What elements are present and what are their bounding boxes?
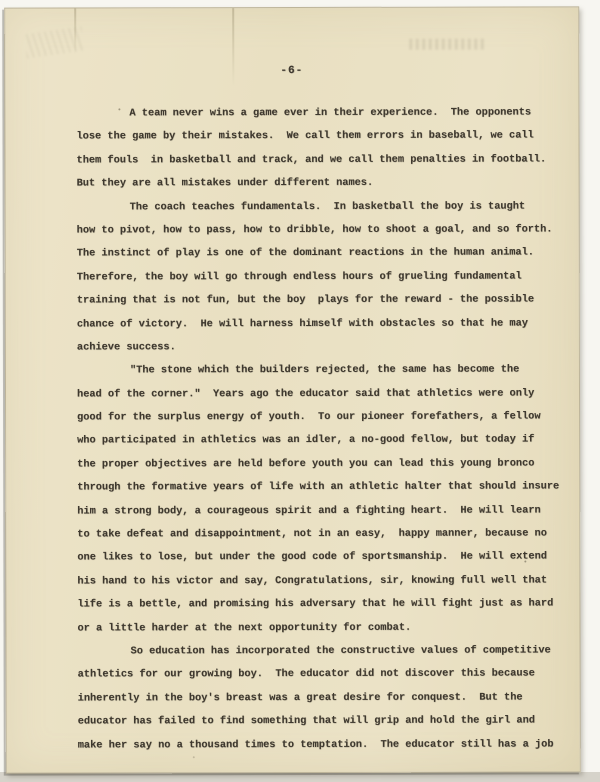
erased-pencil-note bbox=[409, 39, 485, 50]
text-line: The instinct of play is one of the domin… bbox=[77, 242, 565, 266]
page-body: A team never wins a game ever in their e… bbox=[76, 101, 565, 757]
text-line: good for the surplus energy of youth. To… bbox=[77, 406, 565, 430]
text-line: But they are all mistakes under differen… bbox=[77, 172, 565, 196]
text-line: him a strong body, a courageous spirit a… bbox=[77, 499, 565, 523]
text-line: how to pivot, how to pass, how to dribbl… bbox=[77, 218, 565, 242]
text-line: or a little harder at the next opportuni… bbox=[77, 616, 565, 640]
text-line: one likes to lose, but under the good co… bbox=[77, 546, 565, 570]
text-line: "The stone which the builders rejected, … bbox=[77, 359, 565, 383]
text-line: lose the game by their mistakes. We call… bbox=[76, 125, 564, 149]
text-line: head of the corner." Years ago the educa… bbox=[77, 382, 565, 406]
text-line: training that is not fun, but the boy pl… bbox=[77, 289, 565, 313]
text-line: inherently in the boy's breast was a gre… bbox=[78, 686, 566, 710]
text-line: life is a bettle, and promising his adve… bbox=[77, 593, 565, 617]
text-line: them fouls in basketball and track, and … bbox=[76, 148, 564, 172]
text-line: the proper objectives are held before yo… bbox=[77, 452, 565, 476]
text-line: So education has incorporated the constr… bbox=[78, 639, 566, 663]
scan-backing bbox=[0, 772, 600, 782]
text-line: his hand to his victor and say, Congratu… bbox=[77, 569, 565, 593]
text-line: to take defeat and disappointment, not i… bbox=[77, 522, 565, 546]
text-line: achieve success. bbox=[77, 335, 565, 359]
text-line: through the formative years of life with… bbox=[77, 476, 565, 500]
page-number: -6- bbox=[5, 64, 578, 77]
text-line: chance of victory. He will harness himse… bbox=[77, 312, 565, 336]
text-line: A team never wins a game ever in their e… bbox=[76, 101, 564, 125]
text-line: athletics for our growing boy. The educa… bbox=[78, 663, 566, 687]
text-line: who participated in athletics was an idl… bbox=[77, 429, 565, 453]
text-line: Therefore, the boy will go through endle… bbox=[77, 265, 565, 289]
text-line: The coach teaches fundamentals. In baske… bbox=[77, 195, 565, 219]
text-line: make her say no a thousand times to temp… bbox=[78, 733, 566, 757]
text-line: educator has failed to find something th… bbox=[78, 710, 566, 734]
document-page: -6- A team never wins a game ever in the… bbox=[4, 6, 581, 773]
